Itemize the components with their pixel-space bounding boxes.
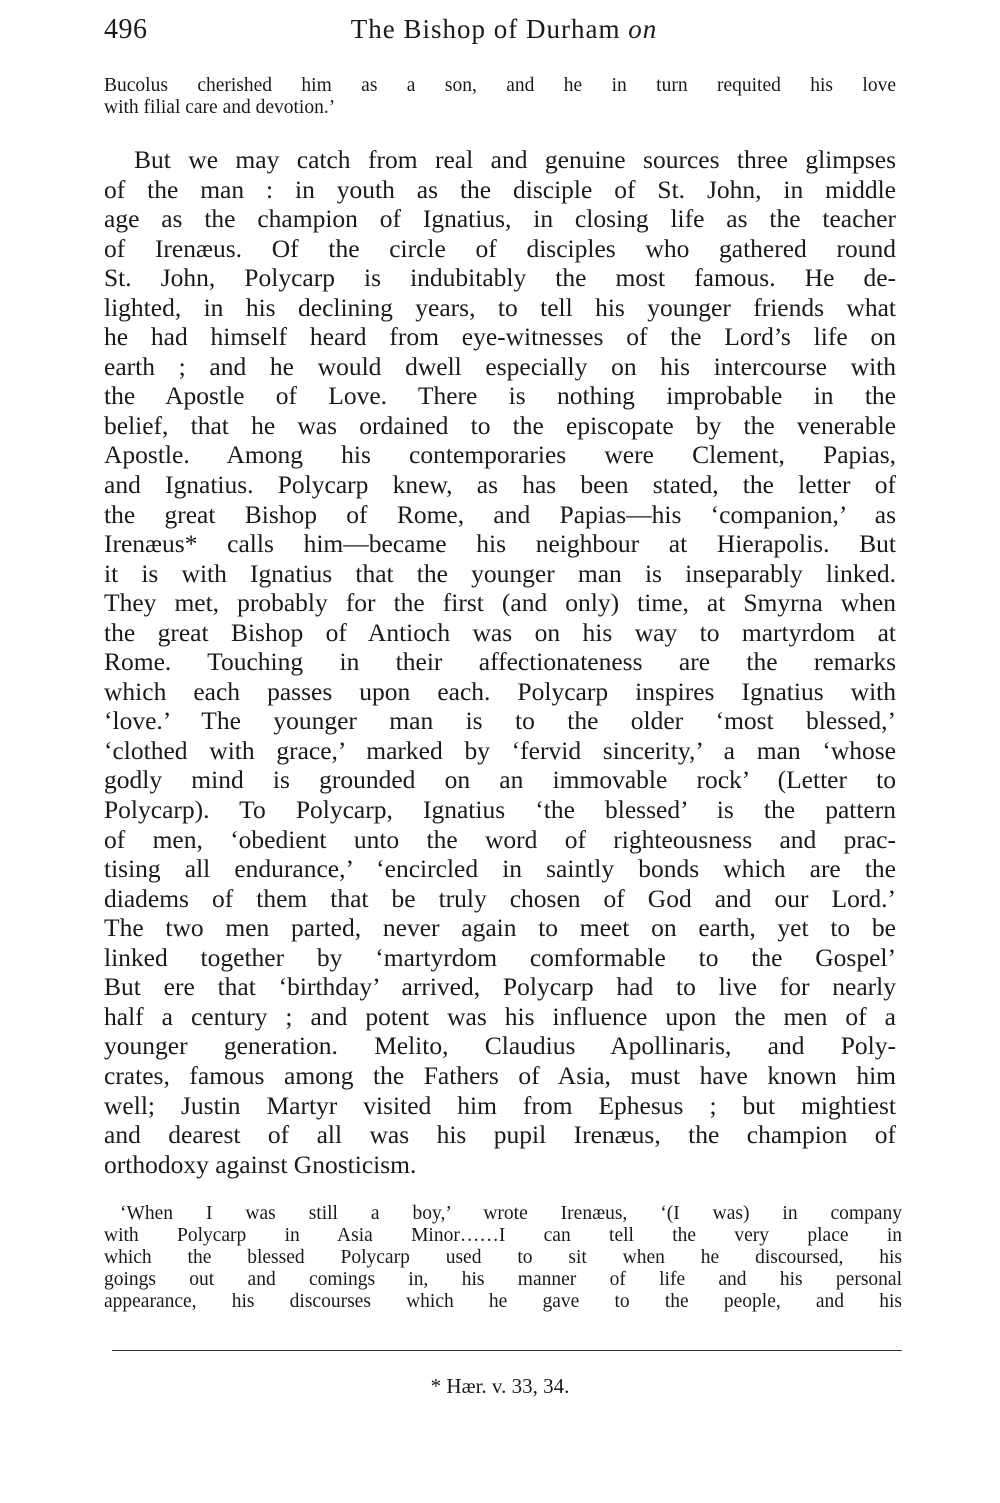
quote-line: ‘When I was still a boy,’ wrote Irenæus,… [104, 1203, 902, 1225]
paragraph-line: the Apostle of Love. There is nothing im… [104, 381, 896, 411]
paragraph-line: which each passes upon each. Polycarp in… [104, 677, 896, 707]
quote-line: appearance, his discourses which he gave… [104, 1291, 902, 1313]
paragraph-line: ‘love.’ The younger man is to the older … [104, 706, 896, 736]
running-title-text: The Bishop of Durham [351, 14, 621, 44]
paragraph-line: of Irenæus. Of the circle of disciples w… [104, 234, 896, 264]
paragraph-line: They met, probably for the first (and on… [104, 588, 896, 618]
paragraph-line: Rome. Touching in their affectionateness… [104, 647, 896, 677]
paragraph-line: diadems of them that be truly chosen of … [104, 884, 896, 914]
paragraph-line: godly mind is grounded on an immovable r… [104, 765, 896, 795]
paragraph-line: tising all endurance,’ ‘encircled in sai… [104, 854, 896, 884]
paragraph-line: half a century ; and potent was his infl… [104, 1002, 896, 1032]
quote-line: which the blessed Polycarp used to sit w… [104, 1247, 902, 1269]
quote-line: Bucolus cherished him as a son, and he i… [104, 75, 896, 97]
paragraph-line: crates, famous among the Fathers of Asia… [104, 1061, 896, 1091]
paragraph-line: of the man : in youth as the disciple of… [104, 175, 896, 205]
paragraph-line: belief, that he was ordained to the epis… [104, 411, 896, 441]
quote-line: goings out and comings in, his manner of… [104, 1269, 902, 1291]
paragraph-line: well; Justin Martyr visited him from Eph… [104, 1091, 896, 1121]
paragraph-line: age as the champion of Ignatius, in clos… [104, 204, 896, 234]
paragraph-line: linked together by ‘martyrdom comformabl… [104, 943, 896, 973]
paragraph-line: it is with Ignatius that the younger man… [104, 559, 896, 589]
quote-line: with filial care and devotion.’ [104, 97, 896, 119]
paragraph-line: Irenæus* calls him—became his neighbour … [104, 529, 896, 559]
paragraph-line: lighted, in his declining years, to tell… [104, 293, 896, 323]
paragraph-line: the great Bishop of Antioch was on his w… [104, 618, 896, 648]
paragraph-line: But we may catch from real and genuine s… [104, 145, 896, 175]
quote-line: with Polycarp in Asia Minor……I can tell … [104, 1225, 902, 1247]
running-title: The Bishop of Durham on [104, 14, 904, 45]
paragraph-line: The two men parted, never again to meet … [104, 913, 896, 943]
paragraph-line: Apostle. Among his contemporaries were C… [104, 440, 896, 470]
continued-quote: Bucolus cherished him as a son, and he i… [104, 75, 896, 119]
footnote: * Hær. v. 33, 34. [0, 1374, 1000, 1399]
paragraph-line: and Ignatius. Polycarp knew, as has been… [104, 470, 896, 500]
paragraph-line: ‘clothed with grace,’ marked by ‘fervid … [104, 736, 896, 766]
running-head: 496 The Bishop of Durham on [104, 14, 904, 54]
paragraph-line: of men, ‘obedient unto the word of right… [104, 825, 896, 855]
footnote-rule [112, 1350, 902, 1351]
running-title-italic: on [628, 14, 657, 44]
paragraph-line: younger generation. Melito, Claudius Apo… [104, 1031, 896, 1061]
paragraph-line: orthodoxy against Gnosticism. [104, 1150, 896, 1180]
paragraph-line: the great Bishop of Rome, and Papias—his… [104, 500, 896, 530]
paragraph-line: he had himself heard from eye-witnesses … [104, 322, 896, 352]
paragraph-line: and dearest of all was his pupil Irenæus… [104, 1120, 896, 1150]
paragraph-line: But ere that ‘birthday’ arrived, Polycar… [104, 972, 896, 1002]
main-paragraph: But we may catch from real and genuine s… [104, 145, 896, 1179]
paragraph-line: earth ; and he would dwell especially on… [104, 352, 896, 382]
paragraph-line: St. John, Polycarp is indubitably the mo… [104, 263, 896, 293]
book-page: 496 The Bishop of Durham on Bucolus cher… [0, 0, 1000, 1503]
paragraph-line: Polycarp). To Polycarp, Ignatius ‘the bl… [104, 795, 896, 825]
block-quote: ‘When I was still a boy,’ wrote Irenæus,… [104, 1203, 902, 1313]
